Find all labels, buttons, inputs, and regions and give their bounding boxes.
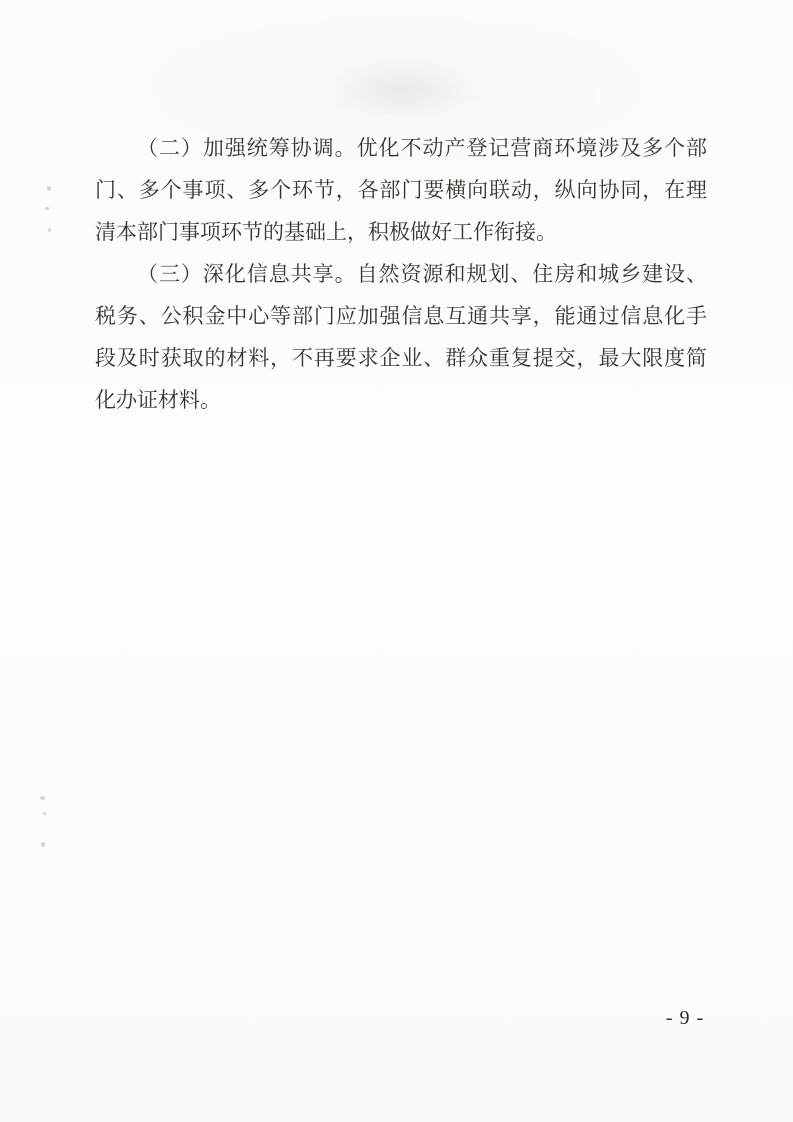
scan-speck: [47, 186, 51, 191]
document-page: （二）加强统筹协调。优化不动产登记营商环境涉及多个部 门、多个事项、多个环节，各…: [0, 0, 793, 1122]
scan-speck: [48, 228, 51, 232]
text-line: 化办证材料。: [95, 379, 707, 421]
scan-speck: [40, 796, 45, 800]
text-line: 段及时获取的材料，不再要求企业、群众重复提交，最大限度简: [95, 337, 707, 379]
text-line: 清本部门事项环节的基础上，积极做好工作衔接。: [95, 211, 707, 253]
scan-speck: [43, 812, 46, 815]
scan-smudge: [328, 58, 478, 116]
paragraph-section-3: （三）深化信息共享。自然资源和规划、住房和城乡建设、 税务、公积金中心等部门应加…: [95, 253, 707, 421]
scan-speck: [45, 207, 49, 210]
text-line: （三）深化信息共享。自然资源和规划、住房和城乡建设、: [95, 253, 707, 295]
paragraph-section-2: （二）加强统筹协调。优化不动产登记营商环境涉及多个部 门、多个事项、多个环节，各…: [95, 127, 707, 253]
page-number: - 9 -: [655, 1007, 715, 1030]
text-line: 门、多个事项、多个环节，各部门要横向联动，纵向协同，在理: [95, 169, 707, 211]
scan-speck: [41, 842, 45, 847]
text-line: 税务、公积金中心等部门应加强信息互通共享，能通过信息化手: [95, 295, 707, 337]
text-line: （二）加强统筹协调。优化不动产登记营商环境涉及多个部: [95, 127, 707, 169]
document-body: （二）加强统筹协调。优化不动产登记营商环境涉及多个部 门、多个事项、多个环节，各…: [95, 127, 707, 421]
